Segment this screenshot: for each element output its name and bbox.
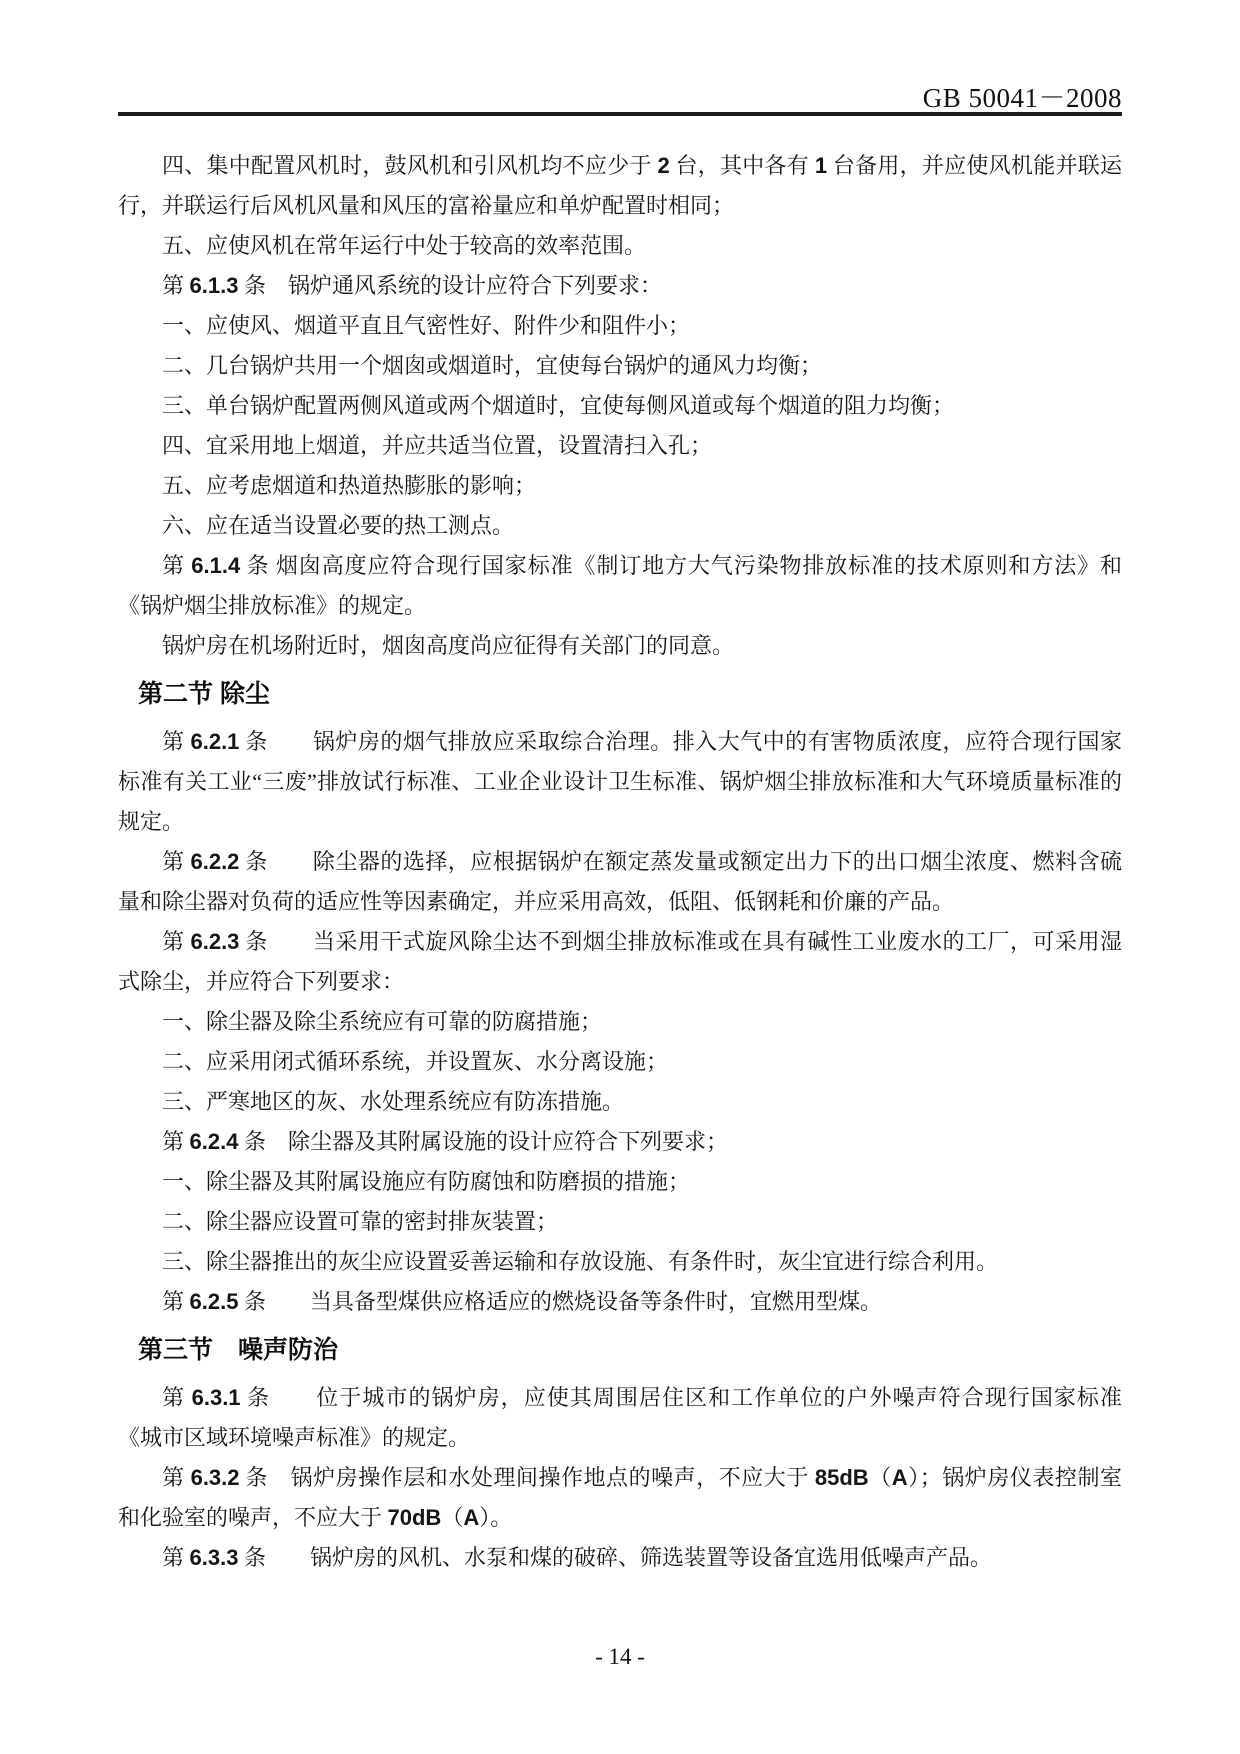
page-number: - 14 - [595,1644,645,1669]
clause-paragraph: 第 6.1.3 条 锅炉通风系统的设计应符合下列要求： [118,266,1122,306]
document-page: GB 50041－2008 四、集中配置风机时，鼓风机和引风机均不应少于 2 台… [0,0,1240,1754]
latin-numeric-text: 6.3.2 [191,1465,240,1490]
clause-paragraph: 第 6.2.5 条 当具备型煤供应格适应的燃烧设备等条件时，宜燃用型煤。 [118,1282,1122,1322]
clause-paragraph: 第 6.2.1 条 锅炉房的烟气排放应采取综合治理。排入大气中的有害物质浓度，应… [118,722,1122,842]
latin-numeric-text: 6.1.4 [191,553,240,578]
list-item-paragraph: 一、应使风、烟道平直且气密性好、附件少和阻件小； [118,306,1122,346]
latin-numeric-text: 6.3.1 [192,1385,241,1410]
standard-code: GB 50041－2008 [923,83,1122,113]
list-item-paragraph: 六、应在适当设置必要的热工测点。 [118,506,1122,546]
list-item-paragraph: 二、除尘器应设置可靠的密封排灰装置； [118,1202,1122,1242]
latin-numeric-text: 6.2.4 [190,1129,239,1154]
latin-numeric-text: 2 [658,153,670,178]
clause-paragraph: 第 6.2.4 条 除尘器及其附属设施的设计应符合下列要求； [118,1122,1122,1162]
latin-numeric-text: 6.2.3 [190,929,239,954]
list-item-paragraph: 五、应考虑烟道和热道热膨胀的影响； [118,466,1122,506]
latin-numeric-text: 6.3.3 [190,1545,239,1570]
latin-numeric-text: 70dB [388,1505,442,1530]
latin-numeric-text: A [463,1505,479,1530]
latin-numeric-text: 85dB [815,1465,869,1490]
page-header: GB 50041－2008 [118,76,1122,115]
latin-numeric-text: A [892,1465,908,1490]
latin-numeric-text: 6.2.5 [190,1289,239,1314]
list-item-paragraph: 三、除尘器推出的灰尘应设置妥善运输和存放设施、有条件时，灰尘宜进行综合利用。 [118,1242,1122,1282]
latin-numeric-text: 1 [815,153,827,178]
clause-paragraph: 第 6.2.3 条 当采用干式旋风除尘达不到烟尘排放标准或在具有碱性工业废水的工… [118,922,1122,1002]
clause-paragraph: 第 6.1.4 条 烟囱高度应符合现行国家标准《制订地方大气污染物排放标准的技术… [118,546,1122,626]
latin-numeric-text: 6.2.1 [190,729,239,754]
list-item-paragraph: 二、应采用闭式循环系统，并设置灰、水分离设施； [118,1042,1122,1082]
clause-paragraph: 第 6.3.2 条 锅炉房操作层和水处理间操作地点的噪声，不应大于 85dB（A… [118,1458,1122,1538]
clause-paragraph: 第 6.3.1 条 位于城市的锅炉房，应使其周围居住区和工作单位的户外噪声符合现… [118,1378,1122,1458]
latin-numeric-text: 6.1.3 [190,273,239,298]
list-item-paragraph: 四、宜采用地上烟道，并应共适当位置，设置清扫入孔； [118,426,1122,466]
clause-paragraph: 第 6.2.2 条 除尘器的选择，应根据锅炉在额定蒸发量或额定出力下的出口烟尘浓… [118,842,1122,922]
clause-paragraph: 第 6.3.3 条 锅炉房的风机、水泵和煤的破碎、筛选装置等设备宜选用低噪声产品… [118,1538,1122,1578]
latin-numeric-text: 6.2.2 [190,849,239,874]
list-item-paragraph: 五、应使风机在常年运行中处于较高的效率范围。 [118,226,1122,266]
section-heading: 第二节 除尘 [138,671,1122,717]
list-item-paragraph: 二、几台锅炉共用一个烟囱或烟道时，宜使每台锅炉的通风力均衡； [118,346,1122,386]
page-footer: - 14 - [0,1644,1240,1670]
document-body: 四、集中配置风机时，鼓风机和引风机均不应少于 2 台，其中各有 1 台备用，并应… [118,146,1122,1578]
list-item-paragraph: 一、除尘器及其附属设施应有防腐蚀和防磨损的措施； [118,1162,1122,1202]
list-item-paragraph: 三、严寒地区的灰、水处理系统应有防冻措施。 [118,1082,1122,1122]
list-item-paragraph: 四、集中配置风机时，鼓风机和引风机均不应少于 2 台，其中各有 1 台备用，并应… [118,146,1122,226]
body-paragraph: 锅炉房在机场附近时，烟囱高度尚应征得有关部门的同意。 [118,626,1122,666]
section-heading: 第三节 噪声防治 [138,1327,1122,1373]
list-item-paragraph: 三、单台锅炉配置两侧风道或两个烟道时，宜使每侧风道或每个烟道的阻力均衡； [118,386,1122,426]
list-item-paragraph: 一、除尘器及除尘系统应有可靠的防腐措施； [118,1002,1122,1042]
header-rule-divider [118,112,1122,116]
